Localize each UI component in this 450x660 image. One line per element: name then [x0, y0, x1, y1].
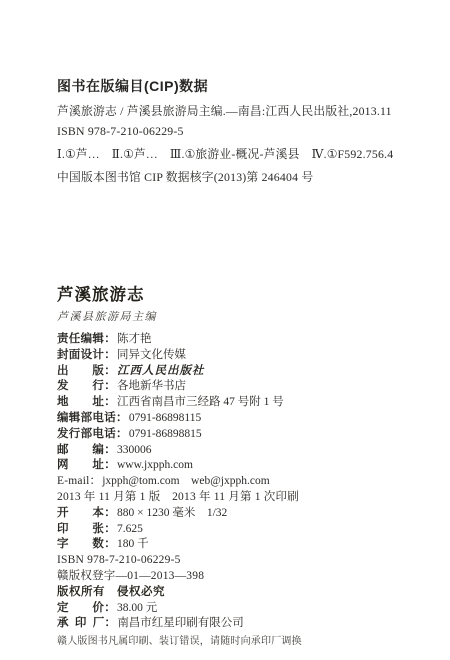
- row-label: 开 本：: [57, 507, 116, 519]
- row-label: 封面设计：: [57, 349, 116, 361]
- row-word-count: 字 数：180 千: [57, 537, 422, 553]
- compiler-line: 芦溪县旅游局主编: [57, 311, 422, 324]
- row-value: 180 千: [117, 538, 149, 550]
- cip-description-line: 芦溪旅游志 / 芦溪县旅游局主编.—南昌:江西人民出版社,2013.11: [57, 101, 418, 121]
- row-editor: 责任编辑：陈才艳: [57, 332, 422, 348]
- row-label: 承 印 厂：: [57, 617, 116, 629]
- row-value: 同异文化传媒: [117, 349, 186, 361]
- book-title: 芦溪旅游志: [57, 286, 422, 305]
- row-value: 江西省南昌市三经路 47 号附 1 号: [117, 396, 284, 408]
- row-label: 网 址：: [57, 459, 116, 471]
- row-cover-design: 封面设计：同异文化传媒: [57, 348, 422, 364]
- cip-record-line: 中国版本图书馆 CIP 数据核字(2013)第 246404 号: [57, 167, 418, 187]
- row-value: 陈才艳: [117, 333, 152, 345]
- row-editorial-phone: 编辑部电话：0791-86898115: [57, 411, 422, 427]
- row-label: 印 张：: [57, 523, 116, 535]
- cip-classification-line: Ⅰ.①芦… Ⅱ.①芦… Ⅲ.①旅游业-概况-芦溪县 Ⅳ.①F592.756.4: [57, 144, 418, 164]
- row-value: 江西人民出版社: [117, 365, 205, 377]
- row-publisher: 出 版：江西人民出版社: [57, 364, 422, 380]
- row-value: 各地新华书店: [117, 380, 186, 392]
- row-value: 7.625: [117, 523, 143, 535]
- colophon-section: 芦溪旅游志 芦溪县旅游局主编 责任编辑：陈才艳 封面设计：同异文化传媒 出 版：…: [57, 286, 422, 648]
- row-address: 地 址：江西省南昌市三经路 47 号附 1 号: [57, 395, 422, 411]
- row-isbn-line: ISBN 978-7-210-06229-5: [57, 553, 422, 569]
- row-label: 出 版：: [57, 365, 116, 377]
- row-value: 0791-86898115: [129, 412, 201, 424]
- colophon-rows: 责任编辑：陈才艳 封面设计：同异文化传媒 出 版：江西人民出版社 发 行：各地新…: [57, 332, 422, 632]
- row-value: 880 × 1230 毫米 1/32: [117, 507, 227, 519]
- row-label: 邮 编：: [57, 444, 116, 456]
- row-label: 地 址：: [57, 396, 116, 408]
- row-copyright-notice: 版权所有 侵权必究: [57, 585, 422, 601]
- row-label: E-mail：: [57, 475, 101, 487]
- row-value: 0791-86898815: [129, 428, 202, 440]
- row-sheets: 印 张：7.625: [57, 522, 422, 538]
- row-distribution-phone: 发行部电话：0791-86898815: [57, 427, 422, 443]
- row-price: 定 价：38.00 元: [57, 601, 422, 617]
- row-value: www.jxpph.com: [117, 459, 193, 471]
- row-value: 南昌市红星印刷有限公司: [117, 617, 244, 629]
- book-copyright-page: 图书在版编目(CIP)数据 芦溪旅游志 / 芦溪县旅游局主编.—南昌:江西人民出…: [0, 0, 450, 660]
- row-value: jxpph@tom.com web@jxpph.com: [102, 475, 269, 487]
- row-label: 字 数：: [57, 538, 116, 550]
- row-printer: 承 印 厂：南昌市红星印刷有限公司: [57, 616, 422, 632]
- row-value: 38.00 元: [117, 602, 157, 614]
- row-value: 330006: [117, 444, 152, 456]
- row-label: 责任编辑：: [57, 333, 116, 345]
- row-email: E-mail：jxpph@tom.com web@jxpph.com: [57, 474, 422, 490]
- row-distributor: 发 行：各地新华书店: [57, 379, 422, 395]
- row-label: 定 价：: [57, 602, 116, 614]
- row-website: 网 址：www.jxpph.com: [57, 458, 422, 474]
- row-edition-line: 2013 年 11 月第 1 版 2013 年 11 月第 1 次印刷: [57, 490, 422, 506]
- row-label: 发 行：: [57, 380, 116, 392]
- row-registration-line: 赣版权登字—01—2013—398: [57, 569, 422, 585]
- row-label: 发行部电话：: [57, 428, 128, 440]
- row-postcode: 邮 编：330006: [57, 443, 422, 459]
- colophon-note: 赣人版图书凡属印刷、装订错误，请随时向承印厂调换: [57, 636, 422, 648]
- row-format: 开 本：880 × 1230 毫米 1/32: [57, 506, 422, 522]
- cip-header: 图书在版编目(CIP)数据: [57, 78, 418, 95]
- cip-section: 图书在版编目(CIP)数据 芦溪旅游志 / 芦溪县旅游局主编.—南昌:江西人民出…: [57, 78, 418, 187]
- cip-isbn-line: ISBN 978-7-210-06229-5: [57, 121, 418, 141]
- row-label: 编辑部电话：: [57, 412, 128, 424]
